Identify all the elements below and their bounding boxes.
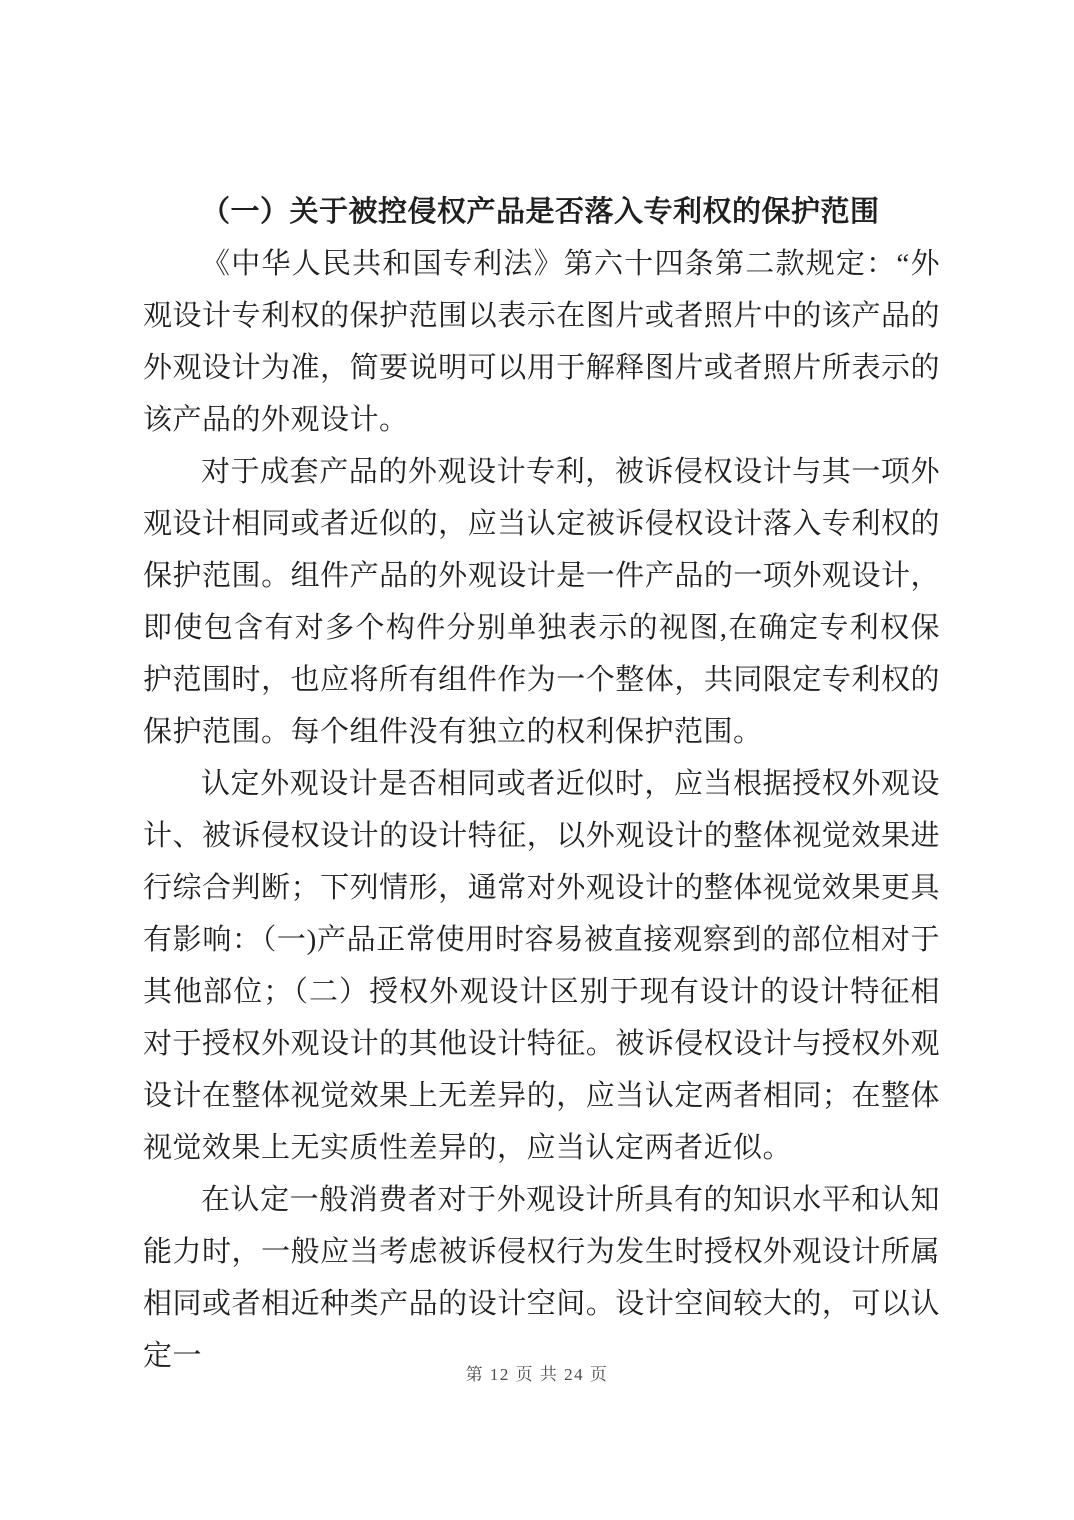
body-paragraph-1: 《中华人民共和国专利法》第六十四条第二款规定：“外观设计专利权的保护范围以表示在…: [143, 238, 940, 446]
section-heading: （一）关于被控侵权产品是否落入专利权的保护范围: [143, 186, 940, 238]
document-body: （一）关于被控侵权产品是否落入专利权的保护范围 《中华人民共和国专利法》第六十四…: [143, 186, 940, 1382]
body-paragraph-3: 认定外观设计是否相同或者近似时，应当根据授权外观设计、被诉侵权设计的设计特征，以…: [143, 758, 940, 1174]
body-paragraph-2: 对于成套产品的外观设计专利，被诉侵权设计与其一项外观设计相同或者近似的，应当认定…: [143, 446, 940, 758]
body-paragraph-4: 在认定一般消费者对于外观设计所具有的知识水平和认知能力时，一般应当考虑被诉侵权行…: [143, 1174, 940, 1382]
document-page: （一）关于被控侵权产品是否落入专利权的保护范围 《中华人民共和国专利法》第六十四…: [0, 0, 1074, 1520]
page-number-footer: 第 12 页 共 24 页: [0, 1360, 1074, 1385]
